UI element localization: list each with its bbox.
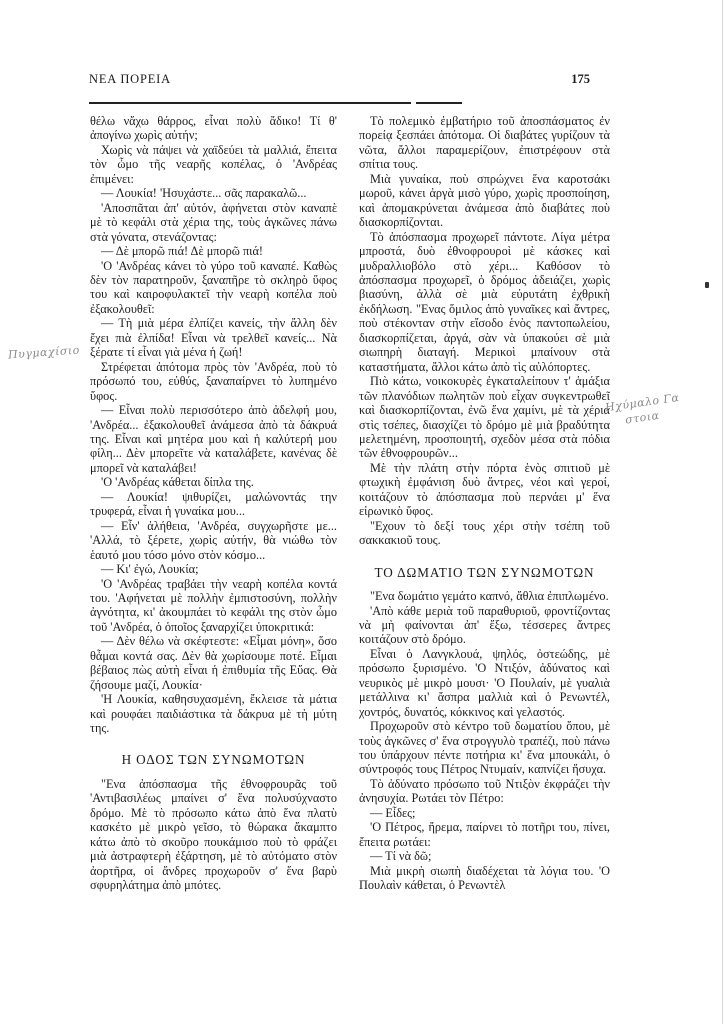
header-rule-short: [416, 102, 462, 104]
paragraph: 'Ο Πέτρος, ἤρεμα, παίρνει τὸ ποτῆρι του,…: [359, 820, 610, 849]
left-column: θέλω νἄχω θάρρος, εἶναι πολὺ ἄδικο! Τί θ…: [90, 114, 337, 893]
handwritten-note-right: Ηχύμαλο Γα στοια: [604, 390, 682, 430]
paragraph: Μιὰ μικρὴ σιωπὴ διαδέχεται τὰ λόγια του.…: [359, 864, 610, 893]
paragraph: Τὸ ἀδύνατο πρόσωπο τοῦ Ντιξὸν ἐκφράζει τ…: [359, 777, 610, 806]
paragraph: — Δὲν θέλω νὰ σκέφτεστε: «Εἶμαι μόνη», ὅ…: [90, 634, 337, 692]
section-heading-room: ΤΟ ΔΩΜΑΤΙΟ ΤΩΝ ΣΥΝΩΜΟΤΩΝ: [359, 566, 610, 580]
paragraph: Στρέφεται ἀπότομα πρὸς τὸν 'Ανδρέα, ποὺ …: [90, 360, 337, 403]
paragraph: θέλω νἄχω θάρρος, εἶναι πολὺ ἄδικο! Τί θ…: [90, 114, 337, 143]
paragraph: 'Απὸ κάθε μεριὰ τοῦ παραθυριοῦ, φροντίζο…: [359, 604, 610, 647]
page-number: 175: [540, 72, 590, 87]
paragraph: Τὸ πολεμικὸ ἐμβατήριο τοῦ ἀποσπάσματος ἐ…: [359, 114, 610, 172]
left-section-paragraphs: "Ενα ἀπόσπασμα τῆς ἐθνοφρουρᾶς τοῦ 'Αντι…: [90, 777, 337, 893]
left-paragraphs: θέλω νἄχω θάρρος, εἶναι πολὺ ἄδικο! Τί θ…: [90, 114, 337, 735]
ink-mark: [705, 282, 709, 288]
page-edge: [722, 0, 723, 1024]
paragraph: Τὸ ἀπόσπασμα προχωρεῖ πάντοτε. Λίγα μέτρ…: [359, 230, 610, 375]
paragraph: 'Αποσπᾶται ἀπ' αὐτόν, ἀφήνεται στὸν κανα…: [90, 201, 337, 244]
paragraph: "Ενα ἀπόσπασμα τῆς ἐθνοφρουρᾶς τοῦ 'Αντι…: [90, 777, 337, 893]
header-rule: [89, 102, 411, 104]
paragraph: — Λουκία! 'Ησυχάστε... σᾶς παρακαλῶ...: [90, 186, 337, 200]
paragraph: "Ενα δωμάτιο γεμάτο καπνό, ἄθλια ἐπιπλωμ…: [359, 589, 610, 603]
paragraph: "Εχουν τὸ δεξί τους χέρι στὴν τσέπη τοῦ …: [359, 519, 610, 548]
paragraph: Χωρὶς νὰ πάψει νὰ χαϊδεύει τὰ μαλλιά, ἔπ…: [90, 143, 337, 186]
paragraph: — Λουκία! ψιθυρίζει, μαλώνοντάς την τρυφ…: [90, 490, 337, 519]
paragraph: — Δὲ μπορῶ πιά! Δὲ μπορῶ πιά!: [90, 244, 337, 258]
section-heading-street: Η ΟΔΟΣ ΤΩΝ ΣΥΝΩΜΟΤΩΝ: [90, 753, 337, 767]
paragraph: — Τὴ μιὰ μέρα ἐλπίζει κανείς, τὴν ἄλλη δ…: [90, 316, 337, 359]
paragraph: — Εἶναι πολὺ περισσότερο ἀπὸ ἀδελφή μου,…: [90, 403, 337, 475]
running-title: ΝΕΑ ΠΟΡΕΙΑ: [89, 72, 464, 87]
right-section-paragraphs: "Ενα δωμάτιο γεμάτο καπνό, ἄθλια ἐπιπλωμ…: [359, 589, 610, 893]
paragraph: 'Ο 'Ανδρέας κάνει τὸ γύρο τοῦ καναπέ. Κα…: [90, 259, 337, 317]
paragraph: 'Η Λουκία, καθησυχασμένη, ἔκλεισε τὰ μάτ…: [90, 692, 337, 735]
paragraph: Προχωροῦν στὸ κέντρο τοῦ δωματίου ὅπου, …: [359, 719, 610, 777]
paragraph: — Εἶν' ἀλήθεια, 'Ανδρέα, συγχωρῆστε με..…: [90, 519, 337, 562]
paragraph: 'Ο 'Ανδρέας κάθεται δίπλα της.: [90, 475, 337, 489]
right-column: Τὸ πολεμικὸ ἐμβατήριο τοῦ ἀποσπάσματος ἐ…: [359, 114, 610, 893]
handwritten-note-left: Πυγμαχίσιο: [8, 344, 81, 362]
paragraph: Πιὸ κάτω, νοικοκυρὲς ἐγκαταλείπουν τ' ἁμ…: [359, 374, 610, 461]
paragraph: Μὲ τὴν πλάτη στὴν πόρτα ἑνὸς σπιτιοῦ μὲ …: [359, 461, 610, 519]
paragraph: — Κι' ἐγώ, Λουκία;: [90, 562, 337, 576]
right-paragraphs: Τὸ πολεμικὸ ἐμβατήριο τοῦ ἀποσπάσματος ἐ…: [359, 114, 610, 548]
paragraph: — Εἶδες;: [359, 806, 610, 820]
paragraph: Εἶναι ὁ Λανγκλουά, ψηλός, ὀστεώδης, μὲ π…: [359, 647, 610, 719]
paragraph: Μιὰ γυναίκα, ποὺ σπρώχνει ἕνα καροτσάκι …: [359, 172, 610, 230]
paragraph: — Τί νὰ δῶ;: [359, 849, 610, 863]
paragraph: 'Ο 'Ανδρέας τραβάει τὴν νεαρὴ κοπέλα κον…: [90, 577, 337, 635]
